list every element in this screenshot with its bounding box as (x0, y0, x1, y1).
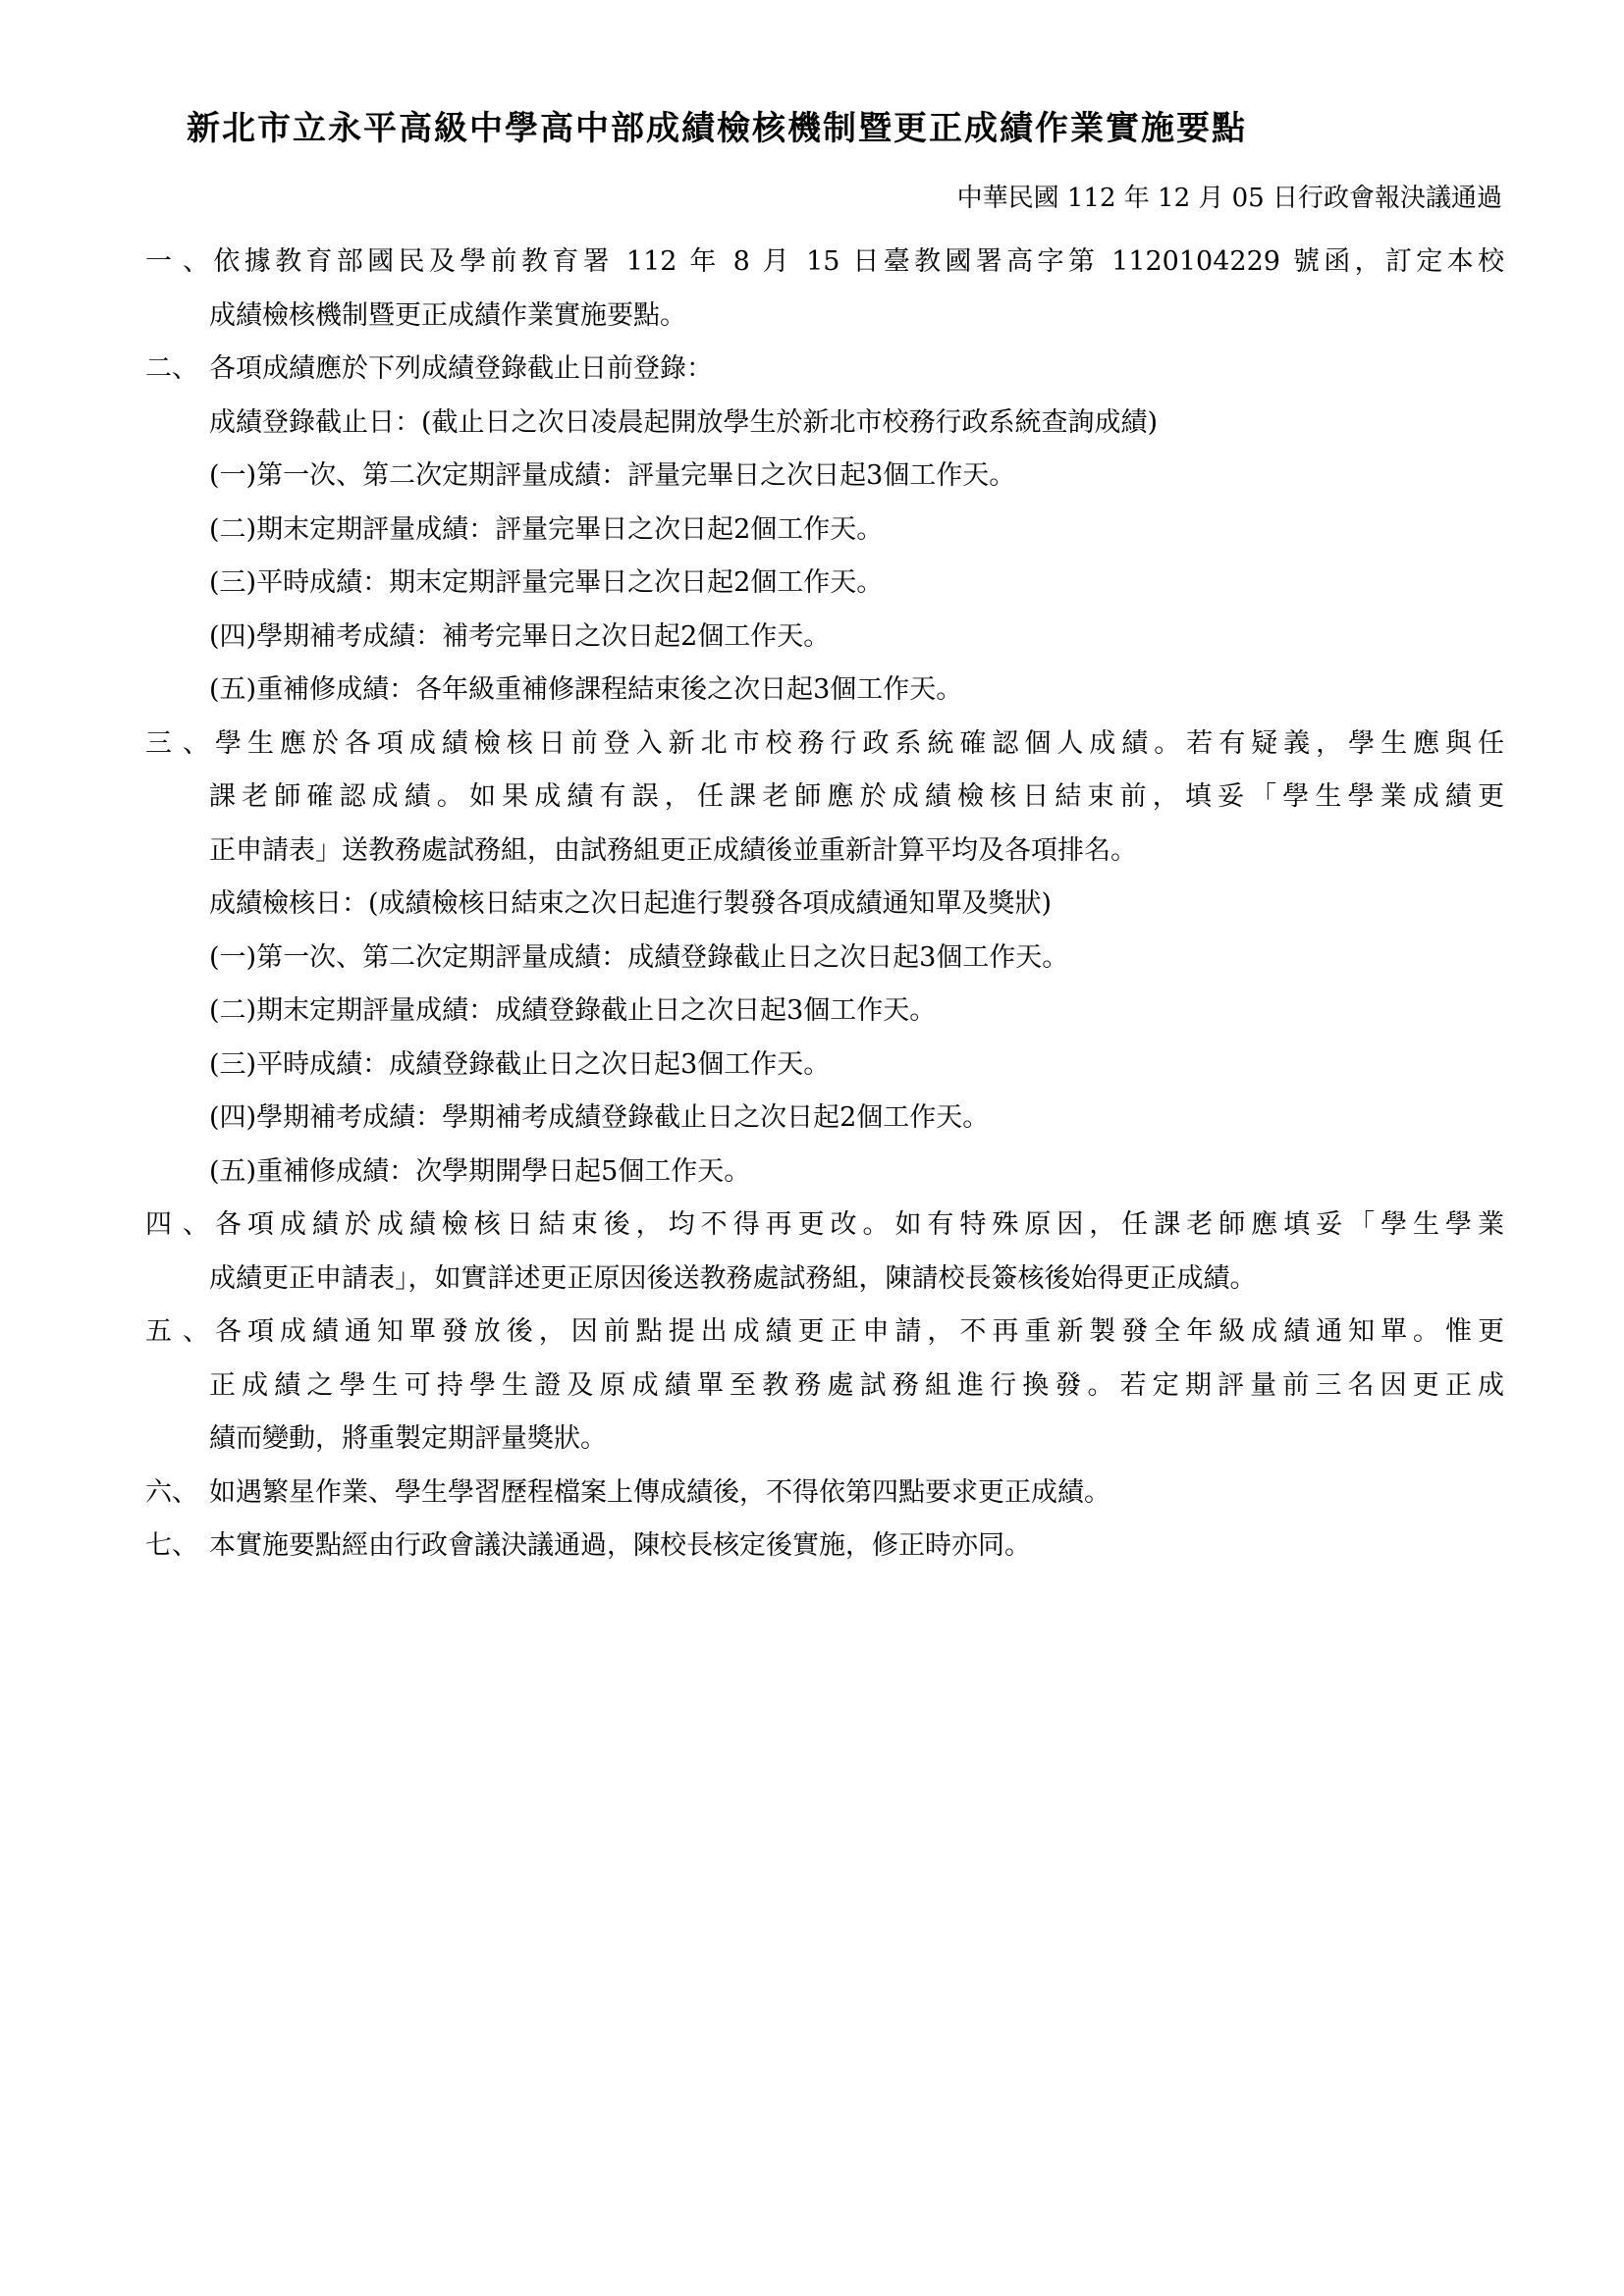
section-text: 正成績之學生可持學生證及原成績單至教務處試務組進行換發。若定期評量前三名因更正成 (145, 1360, 1504, 1414)
section-marker: 六、 (145, 1467, 209, 1521)
sub-item: (二)期末定期評量成績：成績登錄截止日之次日起3個工作天。 (145, 985, 1504, 1039)
section-marker: 五、 (145, 1306, 209, 1360)
section-text: 各項成績於成績檢核日結束後，均不得再更改。如有特殊原因，任課老師應填妥「學生學業 (209, 1209, 1504, 1240)
section-marker: 一、 (145, 236, 209, 290)
section-marker: 四、 (145, 1199, 209, 1253)
section-6: 六、如遇繁星作業、學生學習歷程檔案上傳成績後，不得依第四點要求更正成績。 (145, 1467, 1504, 1521)
section-text: 學生應於各項成績檢核日前登入新北市校務行政系統確認個人成績。若有疑義，學生應與任 (209, 728, 1504, 759)
section-3: 三、學生應於各項成績檢核日前登入新北市校務行政系統確認個人成績。若有疑義，學生應… (145, 718, 1504, 1200)
section-2: 二、各項成績應於下列成績登錄截止日前登錄： 成績登錄截止日：(截止日之次日凌晨起… (145, 343, 1504, 718)
section-text: 績而變動，將重製定期評量獎狀。 (145, 1413, 1504, 1467)
sub-item: (一)第一次、第二次定期評量成績：成績登錄截止日之次日起3個工作天。 (145, 932, 1504, 986)
sub-item: (五)重補修成績：各年級重補修課程結束後之次日起3個工作天。 (145, 664, 1504, 718)
section-text: 正申請表」送教務處試務組，由試務組更正成績後並重新計算平均及各項排名。 (145, 825, 1504, 879)
sub-item: (四)學期補考成績：學期補考成績登錄截止日之次日起2個工作天。 (145, 1092, 1504, 1146)
review-date-label: 成績檢核日：(成績檢核日結束之次日起進行製發各項成績通知單及獎狀) (145, 878, 1504, 932)
section-text: 各項成績應於下列成績登錄截止日前登錄： (209, 353, 713, 384)
document-page: 新北市立永平高級中學高中部成績檢核機制暨更正成績作業實施要點 中華民國 112 … (0, 0, 1624, 2296)
section-text: 成績更正申請表」，如實詳述更正原因後送教務處試務組，陳請校長簽核後始得更正成績。 (145, 1253, 1504, 1307)
sub-item: (一)第一次、第二次定期評量成績：評量完畢日之次日起3個工作天。 (145, 450, 1504, 504)
section-marker: 七、 (145, 1520, 209, 1574)
section-text: 依據教育部國民及學前教育署 112 年 8 月 15 日臺教國署高字第 1120… (209, 246, 1504, 277)
section-marker: 三、 (145, 718, 209, 772)
approval-note: 中華民國 112 年 12 月 05 日行政會報決議通過 (957, 179, 1502, 218)
section-text: 成績檢核機制暨更正成績作業實施要點。 (145, 290, 1504, 344)
section-text: 各項成績通知單發放後，因前點提出成績更正申請，不再重新製發全年級成績通知單。惟更 (209, 1316, 1504, 1347)
section-7: 七、本實施要點經由行政會議決議通過，陳校長核定後實施，修正時亦同。 (145, 1520, 1504, 1574)
document-body: 一、依據教育部國民及學前教育署 112 年 8 月 15 日臺教國署高字第 11… (145, 236, 1504, 1574)
sub-item: (四)學期補考成績：補考完畢日之次日起2個工作天。 (145, 611, 1504, 665)
section-1: 一、依據教育部國民及學前教育署 112 年 8 月 15 日臺教國署高字第 11… (145, 236, 1504, 343)
sub-item: (二)期末定期評量成績：評量完畢日之次日起2個工作天。 (145, 504, 1504, 558)
sub-item: (三)平時成績：成績登錄截止日之次日起3個工作天。 (145, 1039, 1504, 1093)
section-4: 四、各項成績於成績檢核日結束後，均不得再更改。如有特殊原因，任課老師應填妥「學生… (145, 1199, 1504, 1306)
section-5: 五、各項成績通知單發放後，因前點提出成績更正申請，不再重新製發全年級成績通知單。… (145, 1306, 1504, 1467)
document-title: 新北市立永平高級中學高中部成績檢核機制暨更正成績作業實施要點 (187, 104, 1502, 153)
section-text: 本實施要點經由行政會議決議通過，陳校長核定後實施，修正時亦同。 (209, 1530, 1031, 1561)
sub-item: (三)平時成績：期末定期評量完畢日之次日起2個工作天。 (145, 557, 1504, 611)
sub-item: (五)重補修成績：次學期開學日起5個工作天。 (145, 1146, 1504, 1200)
deadline-label: 成績登錄截止日：(截止日之次日凌晨起開放學生於新北市校務行政系統查詢成績) (145, 397, 1504, 451)
section-text: 課老師確認成績。如果成績有誤，任課老師應於成績檢核日結束前，填妥「學生學業成績更 (145, 771, 1504, 825)
section-text: 如遇繁星作業、學生學習歷程檔案上傳成績後，不得依第四點要求更正成績。 (209, 1477, 1110, 1508)
section-marker: 二、 (145, 343, 209, 397)
